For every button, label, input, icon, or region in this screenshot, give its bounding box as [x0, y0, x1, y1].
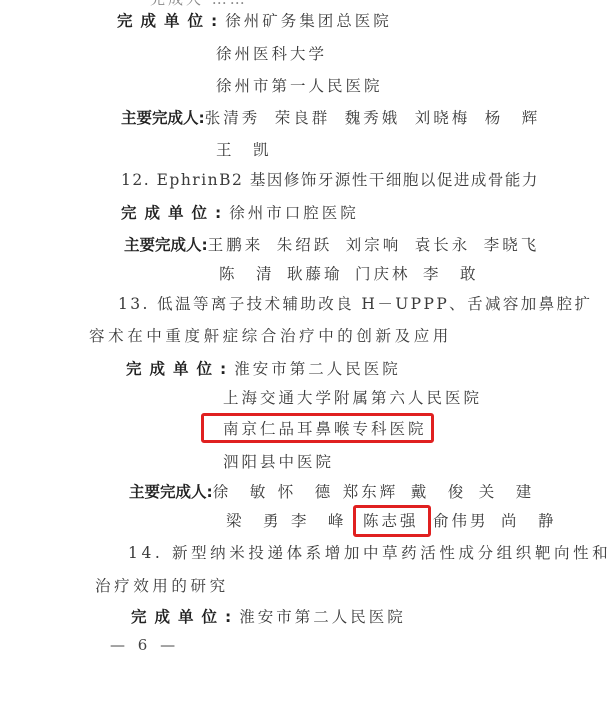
unit-label: 完成单位:	[126, 360, 234, 378]
person-name: 陈 清	[219, 264, 287, 284]
person-name: 门庆林	[355, 264, 423, 284]
person-name: 张清秀	[205, 108, 275, 128]
person-name: 李 敢	[423, 264, 479, 284]
unit-name: 徐州医科大学	[216, 44, 327, 64]
item12-title: 12. EphrinB2 基因修饰牙源性干细胞以促进成骨能力	[121, 170, 539, 190]
person-name: 魏秀娥	[345, 108, 415, 128]
unit-label: 完成单位:	[131, 608, 239, 626]
item13-people-row: 主要完成人:徐 敏怀 德郑东辉戴 俊关 建	[129, 482, 534, 502]
people-label: 主要完成人:	[121, 108, 205, 128]
unit-name: 淮安市第二人民医院	[239, 608, 406, 626]
person-name: 王鹏来	[208, 235, 277, 255]
person-name: 李晓飞	[484, 235, 540, 255]
red-highlight-box	[201, 413, 434, 443]
person-name: 刘宗响	[346, 235, 415, 255]
unit-name: 徐州矿务集团总医院	[225, 12, 392, 30]
unit-label: 完成单位:	[121, 204, 229, 222]
person-name: 梁 勇	[226, 511, 291, 531]
item14-title-line2: 治疗效用的研究	[95, 576, 229, 596]
person-name: 王 凯	[216, 140, 272, 160]
person-name: 关 建	[479, 482, 535, 502]
person-name: 俞伟男	[433, 511, 501, 531]
item14-title-line1: 14. 新型纳米投递体系增加中草药活性成分组织靶向性和	[128, 543, 611, 563]
person-name: 杨 辉	[485, 108, 541, 128]
item12-people-row2: 陈 清耿藤瑜门庆林李 敢	[219, 264, 479, 284]
unit-name: 泗阳县中医院	[223, 452, 334, 472]
item13-title-line1: 13. 低温等离子技术辅助改良 H－UPPP、舌减容加鼻腔扩	[118, 294, 592, 314]
person-name: 徐 敏	[213, 482, 278, 502]
people-label: 主要完成人:	[124, 235, 208, 255]
people-label: 主要完成人:	[129, 482, 213, 502]
page-number: — 6 —	[110, 636, 179, 654]
red-highlight-box	[353, 505, 431, 537]
person-name: 袁长永	[415, 235, 484, 255]
item14-unit-row: 完成单位:淮安市第二人民医院	[131, 607, 406, 627]
item12-unit-row: 完成单位:徐州市口腔医院	[121, 203, 359, 223]
person-name: 怀 德	[278, 482, 343, 502]
unit-name: 上海交通大学附属第六人民医院	[223, 388, 482, 408]
item13-unit-row: 完成单位:淮安市第二人民医院	[126, 359, 401, 379]
unit-label: 完成单位:	[117, 12, 225, 30]
unit-name: 徐州市第一人民医院	[216, 76, 383, 96]
person-name: 耿藤瑜	[287, 264, 355, 284]
cut-off-previous-line: 完成人 ……	[150, 0, 248, 9]
item11-people-row: 主要完成人:张清秀荣良群魏秀娥刘晓梅杨 辉	[121, 108, 540, 128]
person-name: 荣良群	[275, 108, 345, 128]
item12-people-row: 主要完成人:王鹏来朱绍跃刘宗响袁长永李晓飞	[124, 235, 539, 255]
item11-unit-row: 完成单位:徐州矿务集团总医院	[117, 11, 392, 31]
unit-name: 淮安市第二人民医院	[234, 360, 401, 378]
person-name: 刘晓梅	[415, 108, 485, 128]
person-name: 朱绍跃	[277, 235, 346, 255]
person-name: 尚 静	[501, 511, 557, 531]
person-name: 郑东辉	[343, 482, 411, 502]
item13-title-line2: 容术在中重度鼾症综合治疗中的创新及应用	[89, 326, 452, 346]
person-name: 戴 俊	[411, 482, 479, 502]
unit-name: 徐州市口腔医院	[229, 204, 359, 222]
